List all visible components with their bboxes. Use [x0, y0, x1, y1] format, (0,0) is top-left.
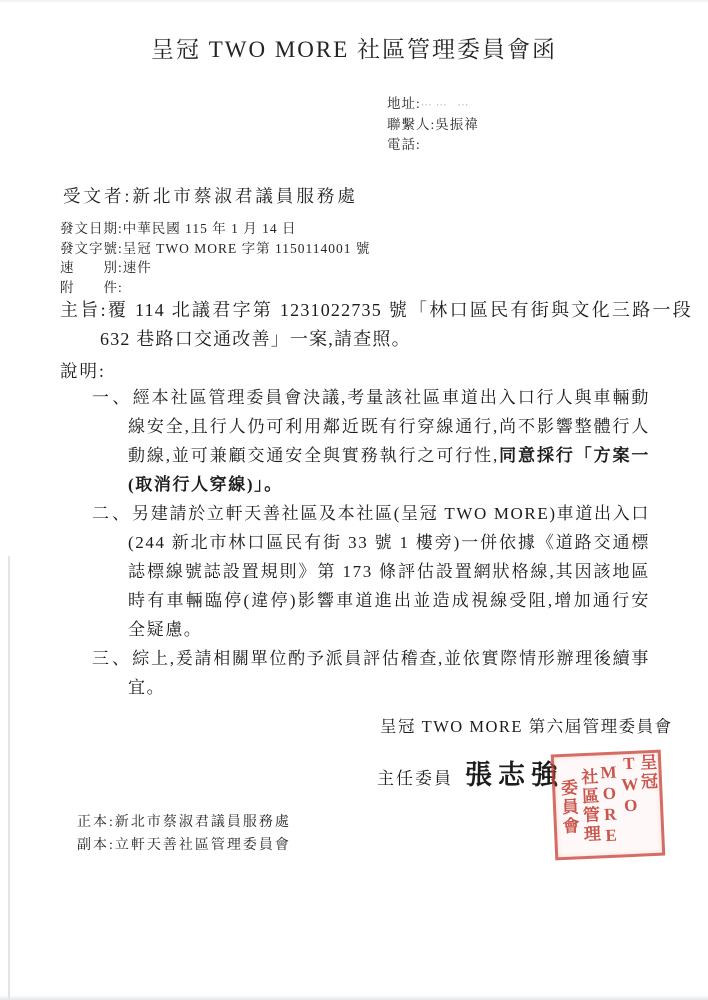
subject-text: 覆 114 北議君字第 1231022735 號「林口區民有街與文化三路一段 6… [100, 300, 692, 349]
item-number: 二、 [92, 504, 132, 523]
doc-number-row: 發文字號:呈冠 TWO MORE 字第 1150114001 號 [60, 239, 370, 259]
seal-column-4: 委員會 [558, 778, 578, 836]
explanation-label: 說明: [60, 358, 106, 383]
carbon-copy-value: 立軒天善社區管理委員會 [115, 838, 291, 853]
item-number: 三、 [92, 649, 132, 668]
subject-label: 主旨: [60, 300, 107, 320]
priority-label: 速 別: [60, 260, 123, 275]
chairman-signature-line: 主任委員張志強 [377, 753, 564, 792]
contact-person-value: 吳振禕 [435, 117, 479, 132]
scan-edge-bottom [0, 995, 708, 1000]
distribution-block: 正本:新北市蔡淑君議員服務處 副本:立軒天善社區管理委員會 [77, 812, 291, 857]
item-text: 綜上,爰請相關單位酌予派員評估稽查,並依實際情形辦理後續事宜。 [128, 649, 650, 697]
chairman-name: 張志強 [465, 760, 564, 790]
original-copy-label: 正本: [77, 815, 115, 830]
issue-date-row: 發文日期:中華民國 115 年 1 月 14 日 [60, 219, 370, 239]
explanation-item-2: 二、另建請於立軒天善社區及本社區(呈冠 TWO MORE)車道出入口(244 新… [92, 499, 650, 644]
committee-seal-stamp: 呈冠TWO MORE 社區管理 委員會 [551, 750, 666, 861]
carbon-copy-row: 副本:立軒天善社區管理委員會 [77, 835, 291, 858]
chairman-title: 主任委員 [377, 769, 453, 788]
scan-edge-top [0, 0, 708, 3]
doc-number-value: 呈冠 TWO MORE 字第 1150114001 號 [123, 241, 371, 256]
document-page: 呈冠 TWO MORE 社區管理委員會函 地址:⋯⋯ ⋯ 聯繫人:吳振禕 電話:… [0, 0, 708, 1000]
doc-number-label: 發文字號: [60, 241, 123, 256]
item-number: 一、 [92, 388, 133, 407]
phone-label: 電話: [387, 137, 421, 152]
original-copy-row: 正本:新北市蔡淑君議員服務處 [77, 812, 291, 835]
contact-person-row: 聯繫人:吳振禕 [387, 115, 479, 135]
document-meta-block: 發文日期:中華民國 115 年 1 月 14 日 發文字號:呈冠 TWO MOR… [60, 219, 370, 297]
seal-column-3: 社區管理 [578, 767, 599, 844]
seal-column-2: MORE [599, 763, 620, 848]
explanation-items: 一、經本社區管理委員會決議,考量該社區車道出入口行人與車輛動線安全,且行人仍可利… [92, 383, 650, 702]
subject-paragraph: 主旨:覆 114 北議君字第 1231022735 號「林口區民有街與文化三路一… [60, 296, 692, 353]
document-title: 呈冠 TWO MORE 社區管理委員會函 [0, 31, 708, 64]
seal-column-1: 呈冠TWO [619, 753, 659, 854]
priority-value: 速件 [123, 260, 152, 275]
recipient-line: 受文者:新北市蔡淑君議員服務處 [63, 183, 358, 208]
closing-committee-name: 呈冠 TWO MORE 第六屆管理委員會 [380, 713, 673, 737]
address-label: 地址: [387, 96, 421, 111]
contact-phone-row: 電話: [387, 135, 479, 155]
address-value: ⋯⋯ ⋯ [421, 99, 473, 111]
item-text: 另建請於立軒天善社區及本社區(呈冠 TWO MORE)車道出入口(244 新北市… [128, 504, 650, 639]
priority-row: 速 別:速件 [60, 258, 370, 278]
contact-block: 地址:⋯⋯ ⋯ 聯繫人:吳振禕 電話: [387, 94, 479, 155]
attachment-row: 附 件: [60, 278, 370, 298]
scan-edge-left [8, 556, 10, 1000]
issue-date-label: 發文日期: [60, 221, 123, 236]
attachment-label: 附 件: [60, 280, 123, 295]
explanation-item-3: 三、綜上,爰請相關單位酌予派員評估稽查,並依實際情形辦理後續事宜。 [92, 644, 650, 702]
contact-person-label: 聯繫人: [387, 117, 435, 132]
recipient-label: 受文者: [63, 186, 132, 206]
issue-date-value: 中華民國 115 年 1 月 14 日 [123, 221, 297, 236]
explanation-item-1: 一、經本社區管理委員會決議,考量該社區車道出入口行人與車輛動線安全,且行人仍可利… [92, 383, 650, 499]
carbon-copy-label: 副本: [77, 838, 115, 853]
recipient-value: 新北市蔡淑君議員服務處 [132, 186, 358, 206]
original-copy-value: 新北市蔡淑君議員服務處 [115, 815, 291, 830]
contact-address-row: 地址:⋯⋯ ⋯ [387, 94, 479, 115]
